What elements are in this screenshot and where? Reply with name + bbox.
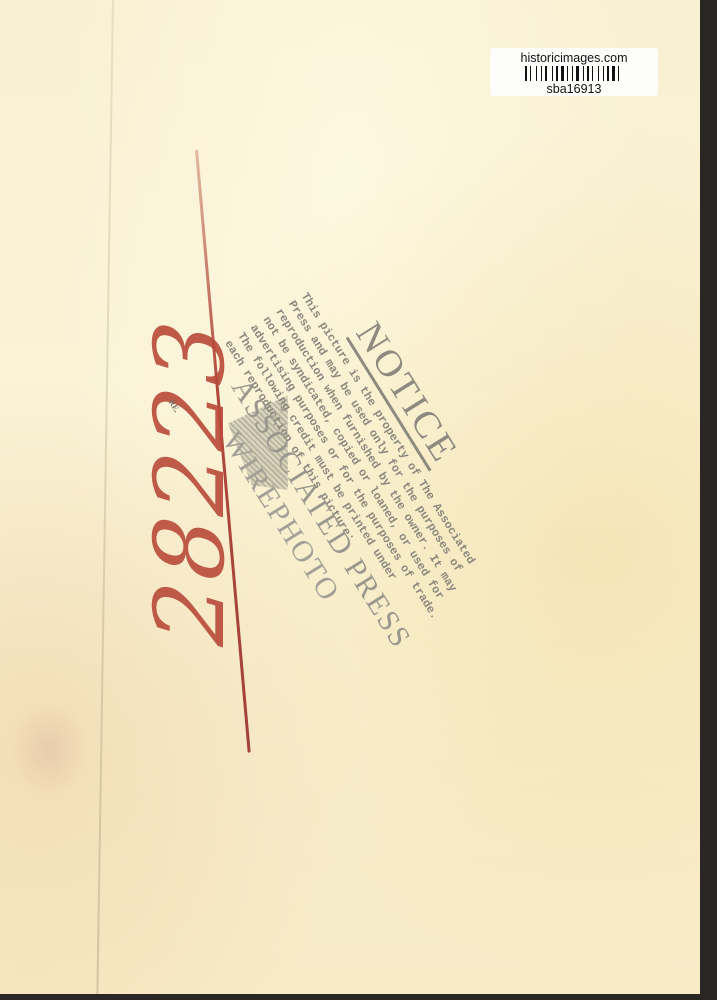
photo-back-paper: historicimages.com sba16913 28223 NOTICE… [0, 0, 700, 994]
label-site: historicimages.com [490, 51, 658, 65]
label-code: sba16913 [490, 82, 658, 96]
stain [10, 700, 90, 800]
barcode-icon [490, 66, 658, 81]
archive-label: historicimages.com sba16913 [490, 48, 658, 96]
